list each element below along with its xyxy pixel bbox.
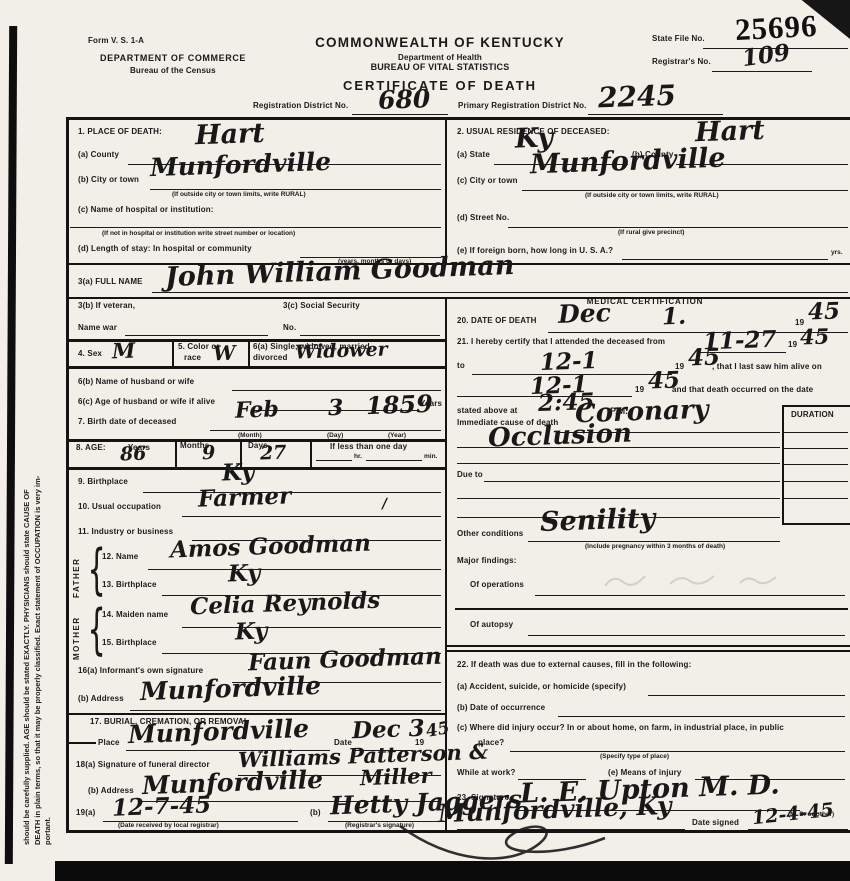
field-line [130,709,441,711]
field-line [152,291,848,293]
mother-name-value: Celia Reynolds [190,589,381,619]
age-label: 8. AGE: [76,443,106,452]
from-year-printed: 19 [788,340,797,349]
father-birthplace-label: 13. Birthplace [102,580,157,589]
death-certificate-scan: should be carefully supplied. AGE should… [0,0,850,881]
received-label: 19(a) [76,808,95,817]
mother-name-label: 14. Maiden name [102,610,168,619]
occupation-label: 10. Usual occupation [78,502,161,511]
medical-certification-heading: MEDICAL CERTIFICATION [445,297,845,306]
age-days-value: 27 [260,444,287,464]
pod-county-label: (a) County [78,150,119,159]
mother-birthplace-label: 15. Birthplace [102,638,157,647]
birthplace-label: 9. Birthplace [78,477,128,486]
registrar-signature-sublabel: (b) [310,808,321,817]
field-line [457,462,780,464]
res-city-value: Munfordville [530,145,726,179]
field-line [484,480,780,482]
where-injury-label-1: (c) Where did injury occur? In or about … [457,723,784,732]
commonwealth-title: COMMONWEALTH OF KENTUCKY [295,35,585,51]
field-line [510,750,845,752]
section-line [447,650,850,652]
veteran-war-label: Name war [78,323,117,332]
spouse-age-label: 6(c) Age of husband or wife if alive [78,397,215,406]
industry-label: 11. Industry or business [78,527,173,536]
marital-label-2: divorced [253,353,288,362]
field-line [457,828,685,830]
sex-value: M [112,340,136,362]
margin-instructions: should be carefully supplied. AGE should… [22,67,54,845]
duration-line [784,480,848,482]
birthplace-value: Ky [222,460,255,484]
pod-city-note: (If outside city or town limits, write R… [172,191,306,198]
birth-year-value: 1859 [366,392,434,418]
field-line [457,446,780,448]
box-line [175,439,177,467]
field-line [522,189,848,191]
accident-label: (a) Accident, suicide, or homicide (spec… [457,682,626,691]
pod-hospital-note: (If not in hospital or institution write… [102,230,295,237]
date-of-death-month: Dec [558,300,612,327]
other-conditions-value: Senility [540,505,656,536]
certificate-title: CERTIFICATE OF DEATH [295,79,585,94]
duration-line [784,431,848,433]
field-line [148,568,441,570]
informant-address-label: (b) Address [78,694,124,703]
informant-signature-value: Faun Goodman [248,645,442,675]
sex-label: 4. Sex [78,349,102,358]
spouse-name-label: 6(b) Name of husband or wife [78,377,194,386]
primary-district-label: Primary Registration District No. [458,101,587,110]
physician-address-value: Munfordville, Ky [438,793,672,826]
social-security-label: 3(c) Social Security [283,301,360,310]
funeral-director-label: 18(a) Signature of funeral director [76,760,210,769]
field-line [182,626,441,628]
duration-label: DURATION [791,410,834,419]
margin-line-3: portant. [43,67,54,845]
box-line [172,339,174,366]
duration-box-border [782,405,850,407]
pod-hospital-label: (c) Name of hospital or institution: [78,205,214,214]
date-of-death-year: 45 [808,299,841,323]
field-line [150,188,441,190]
res-city-label: (c) City or town [457,176,518,185]
field-line [558,715,845,717]
certify-line-3: and that death occurred on the date [672,385,813,394]
duration-line [784,463,848,465]
field-line [528,540,780,542]
field-line [70,226,441,228]
res-street-note: (If rural give precinct) [618,229,684,236]
box-line [66,467,445,470]
signature-flourish [390,818,620,873]
informant-signature-label: 16(a) Informant's own signature [78,666,203,675]
registrar-no-value: 109 [741,41,792,70]
res-county-value: Hart [695,117,766,146]
informant-address-value: Munfordville [140,673,322,704]
certify-to-label: to [457,361,465,370]
full-name-value: John William Goodman [165,252,515,291]
scan-edge-bar-left [5,26,17,864]
field-line [366,459,422,461]
field-line [210,429,441,431]
of-operations-label: Of operations [470,580,524,589]
duration-line [784,497,848,499]
res-state-label: (a) State [457,150,490,159]
registration-district-label: Registration District No. [253,101,348,110]
primary-district-value: 2245 [598,82,677,113]
field-line [143,491,441,493]
external-causes-heading: 22. If death was due to external causes,… [457,660,691,669]
birth-month-value: Feb [235,398,280,422]
bureau-of-census: Bureau of the Census [130,66,216,75]
pod-county-value: Hart [195,120,266,149]
section-line [447,645,850,647]
birth-date-label: 7. Birth date of deceased [78,417,176,426]
received-note: (Date received by local registrar) [118,822,219,829]
duration-box-border [782,523,850,525]
certify-line-1: 21. I hereby certify that I attended the… [457,337,665,346]
burial-date-value: Dec 3 [352,717,425,743]
funeral-director-value-2: Miller [360,765,432,788]
box-line [66,366,445,369]
race-value: W [213,343,236,364]
res-street-label: (d) Street No. [457,213,509,222]
box-line [248,339,250,366]
pod-city-value: Munfordville [150,149,332,180]
age-months-value: 9 [202,444,216,463]
pod-city-label: (b) City or town [78,175,139,184]
field-line [622,258,828,260]
department-of-health: Department of Health [295,53,585,62]
certify-line-2: , that I last saw him alive on [712,362,822,371]
marital-value: Widower [295,340,388,362]
alive-year-printed: 19 [635,385,644,394]
where-injury-label-2: place? [478,738,504,747]
date-signed-value: 12-4-45 [751,801,834,828]
duration-line [784,447,848,449]
father-name-value: Amos Goodman [170,532,372,562]
attended-from-year: 45 [800,325,830,347]
form-number: Form V. S. 1-A [88,36,144,45]
attended-to-value: 12-1 [540,349,598,374]
veteran-label: 3(b) If veteran, [78,301,135,310]
where-injury-note: (Specify type of place) [600,753,669,760]
father-section-label: FATHER [72,558,81,598]
age-years-value: 86 [120,445,147,465]
margin-line-2: DEATH in plain terms, so that it may be … [33,67,44,845]
registrar-no-label: Registrar's No. [652,57,711,66]
social-security-no-label: No. [283,323,296,332]
age-hr-label: hr. [354,453,362,460]
burial-place-value: Munfordville [128,716,310,747]
burial-place-label: Place [98,738,120,747]
box-line [310,439,312,467]
registration-district-value: 680 [378,86,431,113]
mother-section-label: MOTHER [72,616,81,660]
field-line [508,226,848,228]
state-file-label: State File No. [652,34,705,43]
major-findings-label: Major findings: [457,556,517,565]
department-of-commerce: DEPARTMENT OF COMMERCE [100,53,246,63]
field-line [125,334,268,336]
other-conditions-label: Other conditions [457,529,523,538]
margin-line-1: should be carefully supplied. AGE should… [22,67,33,845]
pod-stay-label: (d) Length of stay: In hospital or commu… [78,244,252,253]
field-line [748,828,848,830]
age-less-label: If less than one day [330,442,407,451]
occurrence-label: (b) Date of occurrence [457,703,545,712]
occupation-value: Farmer [198,484,292,510]
field-line [528,634,845,636]
burial-date-year-value: 45 [425,720,451,741]
full-name-label: 3(a) FULL NAME [78,277,143,286]
date-signed-label: Date signed [692,818,739,827]
race-label-2: race [184,353,201,362]
father-birthplace-value: Ky [228,561,261,585]
of-autopsy-label: Of autopsy [470,620,513,629]
age-min-label: min. [424,453,437,460]
field-line [300,334,440,336]
certify-line-4: stated above at [457,406,518,415]
father-name-label: 12. Name [102,552,138,561]
other-conditions-note: (Include pregnancy within 3 months of de… [585,543,725,550]
date-of-death-label: 20. DATE OF DEATH [457,316,537,325]
field-line [712,70,812,72]
mother-birthplace-value: Ky [235,619,268,643]
bureau-vital-statistics: BUREAU OF VITAL STATISTICS [295,62,585,72]
due-to-label: Due to [457,470,483,479]
while-at-work-label: While at work? [457,768,516,777]
column-divider-upper [445,117,447,263]
date-of-death-day: 1. [662,305,687,329]
form-border-left [66,117,69,833]
section-line [455,608,848,610]
birth-day-value: 3 [328,397,344,420]
received-date-value: 12-7-45 [112,793,212,819]
faint-pencil-marks [600,568,800,594]
place-of-death-heading: 1. PLACE OF DEATH: [78,127,162,136]
field-line [535,594,845,596]
decorative-dash [68,742,96,744]
res-city-note: (If outside city or town limits, write R… [585,192,719,199]
field-line [457,497,780,499]
field-line [182,515,441,517]
field-line [648,694,845,696]
res-foreign-unit: yrs. [831,249,843,256]
stray-pen-mark: / [382,497,388,511]
field-line [316,459,352,461]
